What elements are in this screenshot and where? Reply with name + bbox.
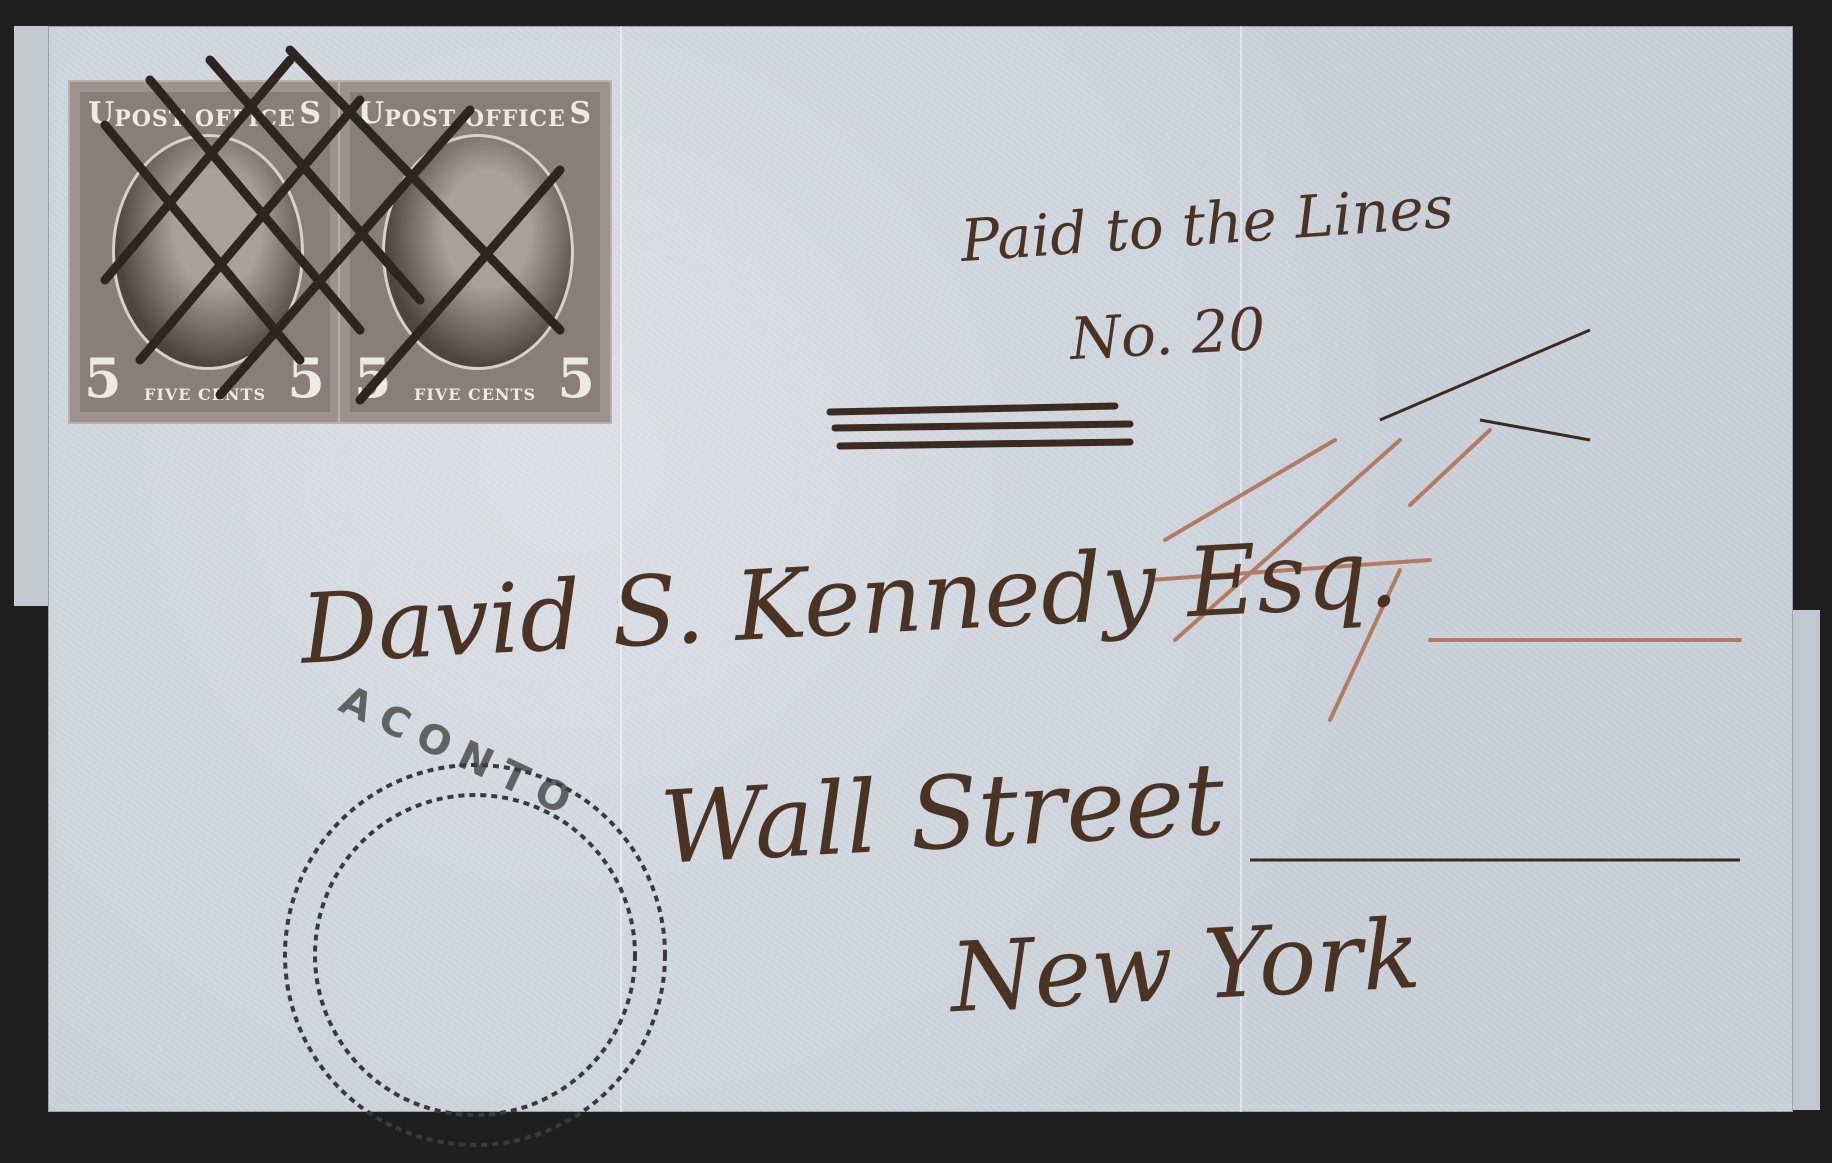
postmark-circle-icon <box>285 765 665 1145</box>
manuscript-number: No. 20 <box>1068 295 1267 373</box>
grid-cancel-icon <box>105 50 560 400</box>
bar-strikeout-icon <box>830 406 1130 446</box>
